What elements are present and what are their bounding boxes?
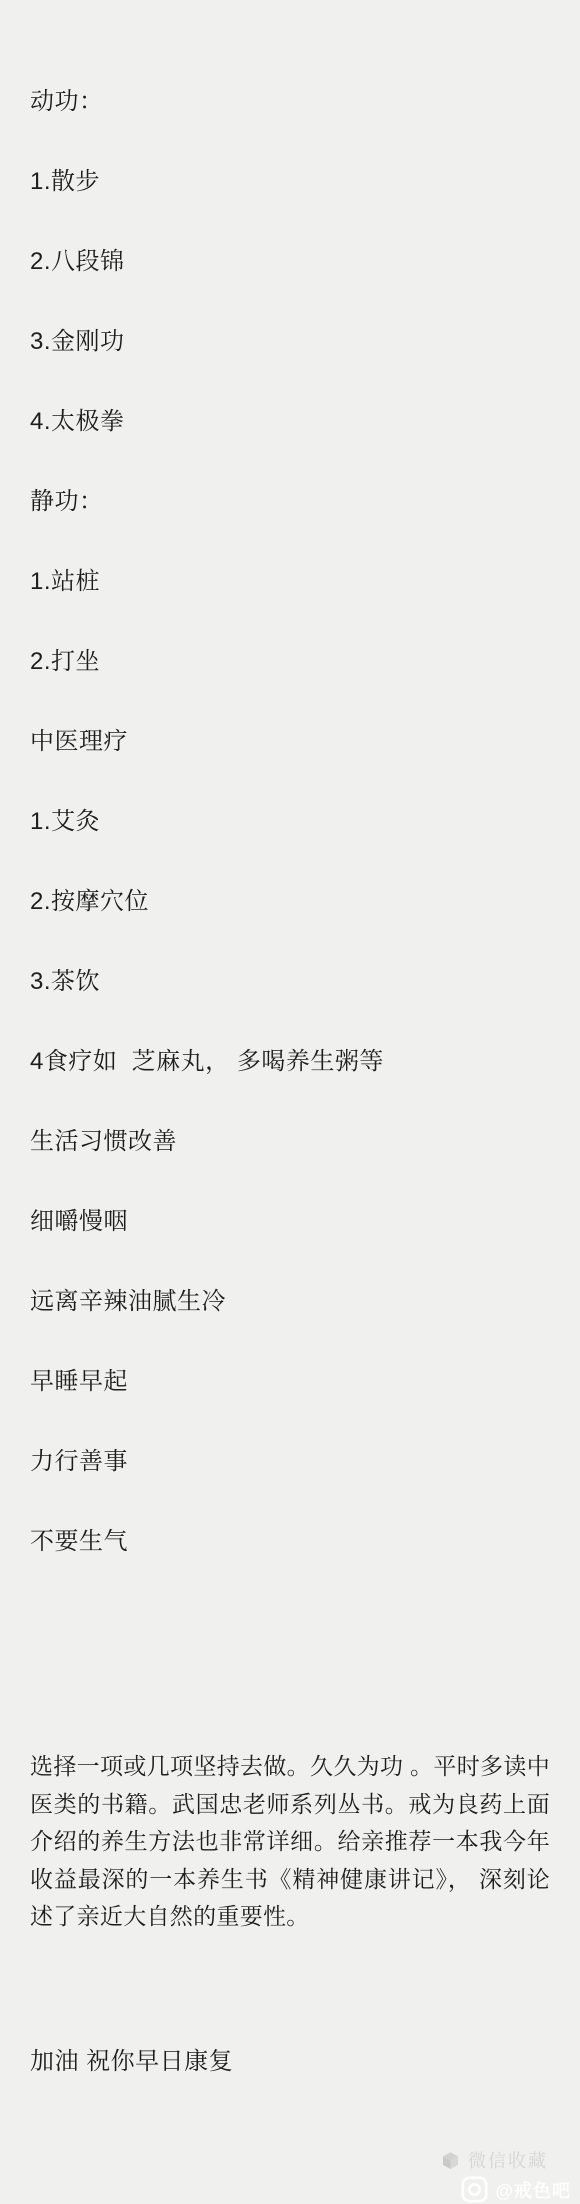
list-line: 1.站桩 xyxy=(30,562,550,602)
wechat-favorites-watermark: 微信收藏 xyxy=(441,2147,548,2173)
list-line: 2.八段锦 xyxy=(30,242,550,282)
list-line: 力行善事 xyxy=(30,1442,550,1482)
cube-box-icon xyxy=(441,2151,460,2170)
list-line: 4.太极拳 xyxy=(30,402,550,442)
list-line: 3.茶饮 xyxy=(30,962,550,1002)
advice-paragraph: 选择一项或几项坚持去做。久久为功 。平时多读中医类的书籍。武国忠老师系列丛书。戒… xyxy=(30,1748,550,1936)
list-line: 4食疗如 芝麻丸， 多喝养生粥等 xyxy=(30,1042,550,1082)
list-line: 生活习惯改善 xyxy=(30,1122,550,1162)
list-line: 中医理疗 xyxy=(30,722,550,762)
note-content: 动功：1.散步2.八段锦3.金刚功4.太极拳静功：1.站桩2.打坐中医理疗1.艾… xyxy=(30,82,550,2082)
list-line: 1.散步 xyxy=(30,162,550,202)
list-line: 2.按摩穴位 xyxy=(30,882,550,922)
closing-line: 加油 祝你早日康复 xyxy=(30,2042,550,2082)
list-line: 不要生气 xyxy=(30,1522,550,1562)
list-line: 静功： xyxy=(30,482,550,522)
list-line: 1.艾灸 xyxy=(30,802,550,842)
source-watermark: @戒色吧 xyxy=(461,2176,571,2203)
list-line: 3.金刚功 xyxy=(30,322,550,362)
list-line: 早睡早起 xyxy=(30,1362,550,1402)
rounded-app-icon xyxy=(461,2176,488,2203)
list-line: 远离辛辣油腻生冷 xyxy=(30,1282,550,1322)
practice-list: 动功：1.散步2.八段锦3.金刚功4.太极拳静功：1.站桩2.打坐中医理疗1.艾… xyxy=(30,82,550,1562)
note-page: 动功：1.散步2.八段锦3.金刚功4.太极拳静功：1.站桩2.打坐中医理疗1.艾… xyxy=(0,0,580,2204)
source-label: @戒色吧 xyxy=(495,2177,571,2203)
list-line: 2.打坐 xyxy=(30,642,550,682)
list-line: 细嚼慢咽 xyxy=(30,1202,550,1242)
list-line: 动功： xyxy=(30,82,550,122)
wechat-favorites-label: 微信收藏 xyxy=(468,2147,548,2173)
